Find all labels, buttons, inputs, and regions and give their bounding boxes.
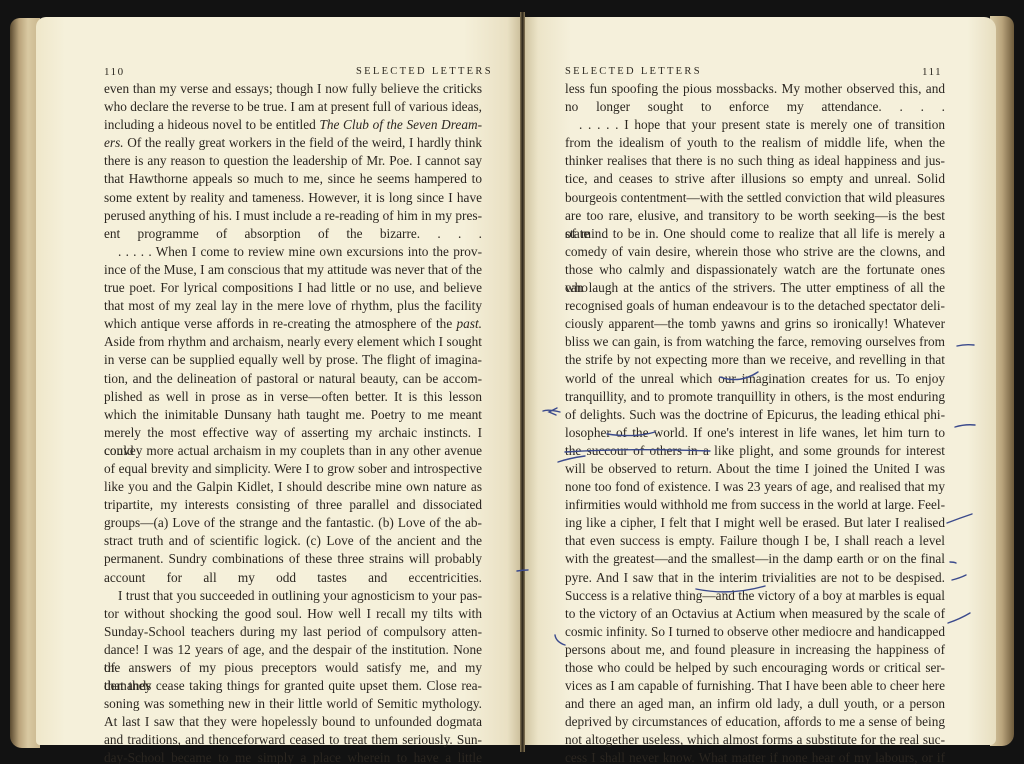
text-line: convey more actual archaism in my couple… [104, 442, 482, 460]
text-line: are too rare, elusive, and transitory to… [565, 207, 945, 225]
book-gutter [520, 12, 525, 752]
right-running-head: SELECTED LETTERS [565, 66, 702, 77]
text-line: with the greatest—and the smallest—in th… [565, 550, 945, 568]
text-line: pyre. And I saw that in the interim triv… [565, 569, 945, 587]
text-line: can laugh at the antics of the strivers.… [565, 279, 945, 297]
right-folio: 111 [922, 66, 942, 78]
text-line: even than my verse and essays; though I … [104, 80, 482, 98]
text-line: like you and the Galpin Kidlet, I should… [104, 478, 482, 496]
text-line: ciously apparent—the tomb yawns and grin… [565, 315, 945, 333]
text-line: the answers of my pious preceptors would… [104, 659, 482, 677]
text-line: Aside from rhythm and archaism, nearly e… [104, 333, 482, 351]
text-line: merely the most effective way of asserti… [104, 424, 482, 442]
text-line: tranquillity, and to promote tranquillit… [565, 388, 945, 406]
text-line: ince of the Muse, I am conscious that my… [104, 261, 482, 279]
text-line: persons about me, and found pleasure in … [565, 641, 945, 659]
text-line: stract truth and of scientific logick. (… [104, 532, 482, 550]
text-line: tripartite, my interests consisting of t… [104, 496, 482, 514]
text-line: ing like a cipher, I felt that I might w… [565, 514, 945, 532]
text-line: that even success is empty. Failure thou… [565, 532, 945, 550]
text-line: which antique verse affords in re-creati… [104, 315, 482, 333]
text-line: deprived by circumstances of education, … [565, 713, 945, 731]
text-line: plished as well in prose as in verse—oft… [104, 388, 482, 406]
text-line: less fun spoofing the pious mossbacks. M… [565, 80, 945, 98]
text-line: cosmic infinity. So I turned to observe … [565, 623, 945, 641]
text-line: some extent by reality and tameness. How… [104, 189, 482, 207]
text-line: that Hawthorne appeals so much to me, si… [104, 170, 482, 188]
text-line: bliss we can gain, is from watching the … [565, 333, 945, 351]
text-line: recognised goals of human endeavour is t… [565, 297, 945, 315]
text-line: At last I saw that they were hopelessly … [104, 713, 482, 731]
text-line: Sunday-School teachers during my last pe… [104, 623, 482, 641]
text-line: including a hideous novel to be entitled… [104, 116, 482, 134]
text-line: in verse can be supplied equally well by… [104, 351, 482, 369]
text-line: true poet. For lyrical compositions I ha… [104, 279, 482, 297]
text-line: ers. Of the really great workers in the … [104, 134, 482, 152]
text-line: no longer sought to enforce my attendanc… [565, 98, 945, 116]
left-page-body: even than my verse and essays; though I … [104, 80, 482, 764]
text-line: tion, and the delineation of pastoral or… [104, 370, 482, 388]
text-line: that most of my zeal lay in the mere lov… [104, 297, 482, 315]
text-line: . . . . . I hope that your present state… [565, 116, 945, 134]
text-line: Success is a relative thing—and the vict… [565, 587, 945, 605]
text-line: dance! I was 12 years of age, and the de… [104, 641, 482, 659]
text-line: not altogether useless, which almost for… [565, 731, 945, 749]
text-line: I trust that you succeeded in outlining … [104, 587, 482, 605]
text-line: day-School became to me simply a place w… [104, 749, 482, 764]
text-line: those who could be helped by such encour… [565, 659, 945, 677]
text-line: of mind to be in. One should come to rea… [565, 225, 945, 243]
text-line: and traditions, and thenceforward ceased… [104, 731, 482, 749]
text-line: those who calmly and dispassionately wat… [565, 261, 945, 279]
open-book: 110 SELECTED LETTERS even than my verse … [0, 0, 1024, 764]
text-line: tice, and ceases to strive after illusio… [565, 170, 945, 188]
text-line: there is any reason to question the lead… [104, 152, 482, 170]
text-line: soning was something new in their little… [104, 695, 482, 713]
text-line: the succour of others in a like plight, … [565, 442, 945, 460]
text-line: to the victory of an Octavius at Actium … [565, 605, 945, 623]
text-line: perused anything of his. I must include … [104, 207, 482, 225]
text-line: none too fond of existence. I was 23 yea… [565, 478, 945, 496]
text-line: of delights. Such was the doctrine of Ep… [565, 406, 945, 424]
left-running-head: SELECTED LETTERS [356, 66, 493, 77]
text-line: of equal brevity and simplicity. Were I … [104, 460, 482, 478]
text-line: permanent. Sundry combinations of these … [104, 550, 482, 568]
right-page-body: less fun spoofing the pious mossbacks. M… [565, 80, 945, 764]
text-line: groups—(a) Love of the strange and the f… [104, 514, 482, 532]
text-line: world of the unreal which our imaginatio… [565, 370, 945, 388]
text-line: thinker realises that there is no such t… [565, 152, 945, 170]
left-folio: 110 [104, 66, 125, 78]
text-line: that they cease taking things for grante… [104, 677, 482, 695]
text-line: . . . . . When I come to review mine own… [104, 243, 482, 261]
text-line: comedy of vain desire, wherein those who… [565, 243, 945, 261]
text-line: losopher of the world. If one's interest… [565, 424, 945, 442]
text-line: the strife by not expecting more than we… [565, 351, 945, 369]
text-line: tor without shocking the good soul. How … [104, 605, 482, 623]
text-line: ent programme of absorption of the bizar… [104, 225, 482, 243]
text-line: cess I shall never know. What matter if … [565, 749, 945, 764]
text-line: will be observed to return. About the ti… [565, 460, 945, 478]
text-line: bourgeois contentment—with the settled c… [565, 189, 945, 207]
text-line: vices as I am capable of furnishing. Tha… [565, 677, 945, 695]
text-line: who declare the reverse to be true. I am… [104, 98, 482, 116]
text-line: from the idealism of youth to the realis… [565, 134, 945, 152]
text-line: and there an aged man, an infirm old lad… [565, 695, 945, 713]
text-line: infirmities would withhold me from succe… [565, 496, 945, 514]
text-line: account for all my odd tastes and eccent… [104, 569, 482, 587]
text-line: which the inimitable Dunsany hath taught… [104, 406, 482, 424]
